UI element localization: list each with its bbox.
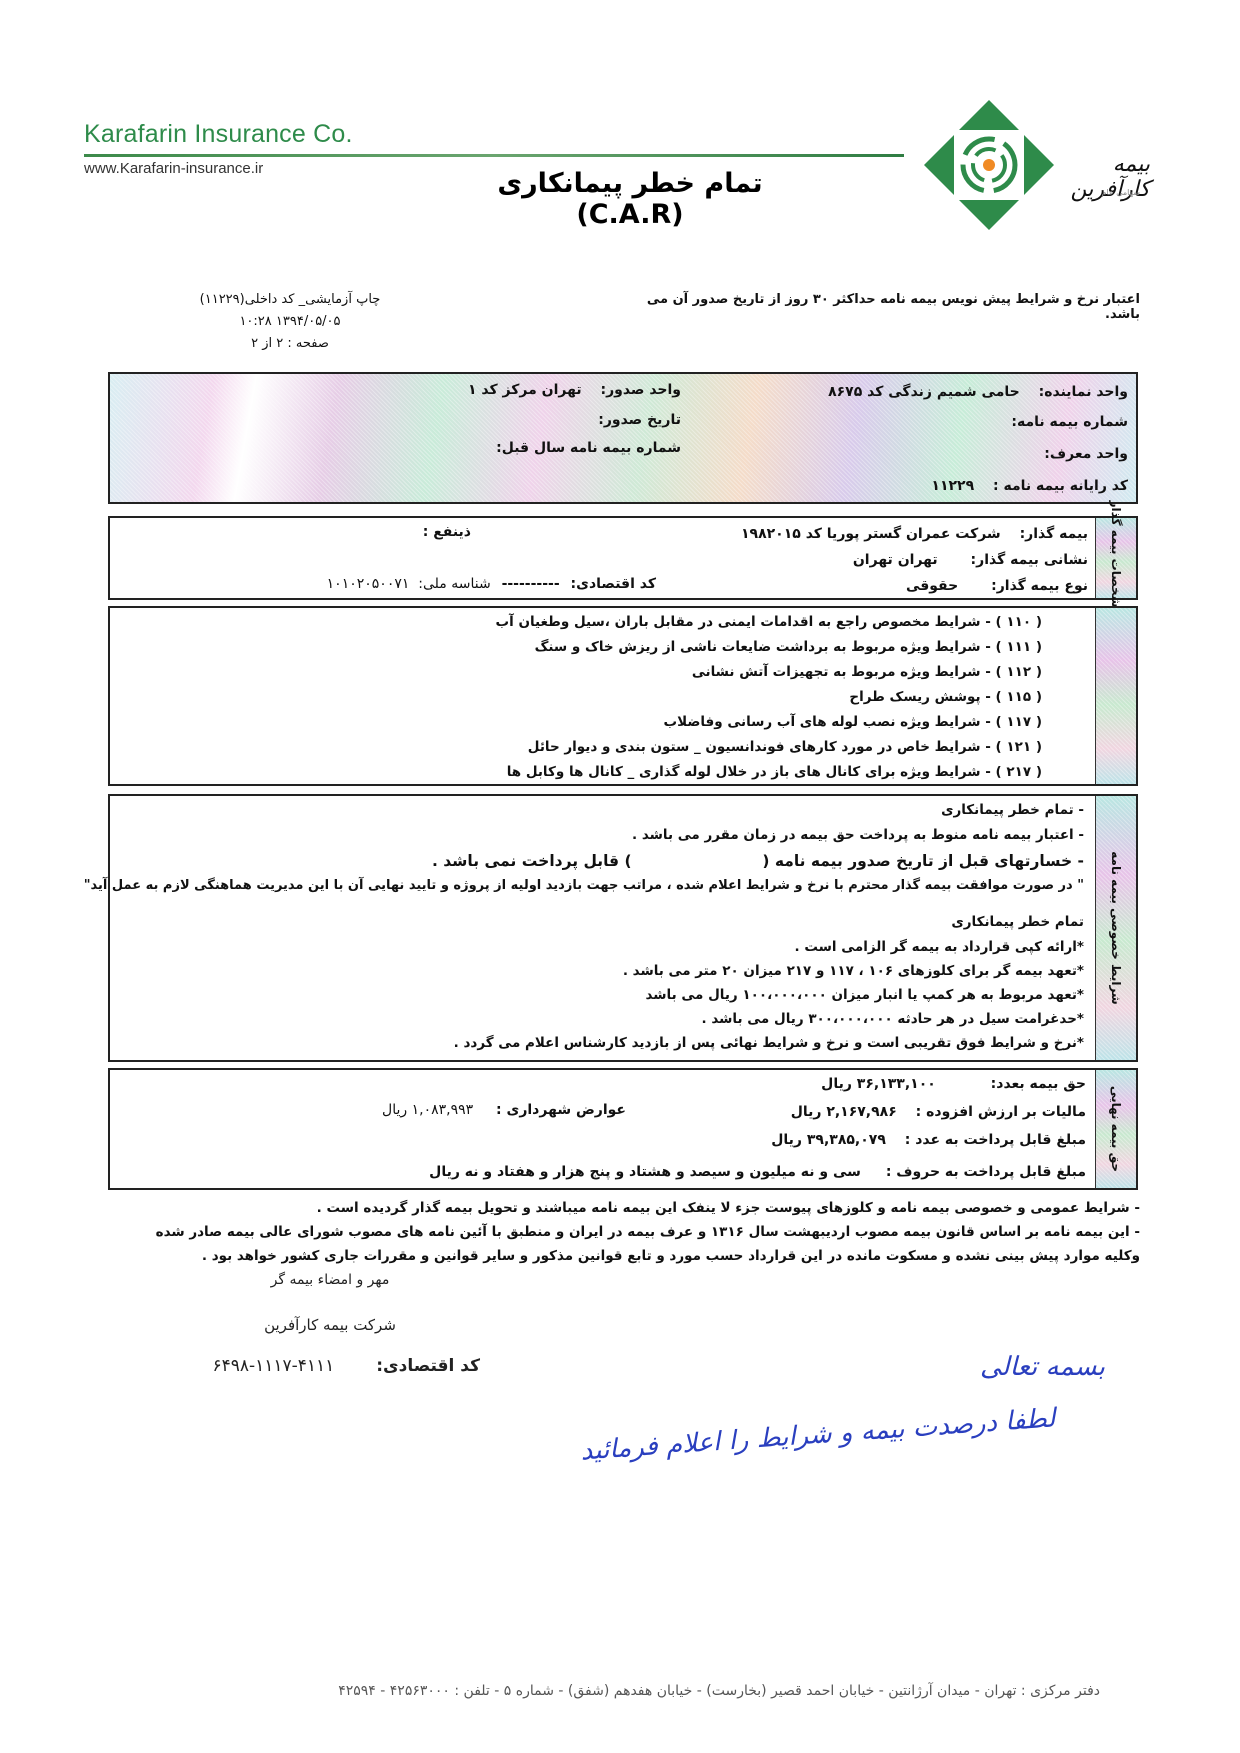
clause-item: ( ۱۱۷ ) - شرایط ویژه نصب لوله های آب رسا… xyxy=(664,714,1043,730)
economic-code-value: ---------- xyxy=(502,576,560,592)
condition-bullet: *تعهد مربوط به هر کمپ یا انبار میزان ۱۰۰… xyxy=(645,987,1084,1003)
net-premium-value: ۳۶,۱۳۳,۱۰۰ ریال xyxy=(821,1076,936,1092)
beneficiary-label: ذینفع : xyxy=(423,524,471,540)
company-website: www.Karafarin-insurance.ir xyxy=(84,160,263,177)
computer-code-label: کد رایانه بیمه نامه : xyxy=(993,478,1128,494)
net-premium-label: حق بیمه بعدد: xyxy=(991,1076,1086,1092)
insurer-economic-code: کد اقتصادی: ۴۱۱۱-۱۱۱۷-۶۴۹۸ xyxy=(180,1356,480,1376)
special-conditions-side-label: شرایط خصوصی بیمه نامه xyxy=(1109,914,1123,942)
clause-item: ( ۱۱۵ ) - پوشش ریسک طراح xyxy=(849,689,1042,705)
condition-line: - اعتبار بیمه نامه منوط به پرداخت حق بیم… xyxy=(632,827,1084,843)
clause-item: ( ۱۱۰ ) - شرایط مخصوص راجع به اقدامات ای… xyxy=(496,614,1042,630)
print-info-datetime: ۱۳۹۴/۰۵/۰۵ ۱۰:۲۸ xyxy=(170,311,410,333)
vat-value: ۲,۱۶۷,۹۸۶ ریال xyxy=(791,1104,897,1120)
issue-date-label: تاریخ صدور: xyxy=(598,412,681,428)
issuing-unit-value: تهران مرکز کد ۱ xyxy=(468,382,582,398)
clause-item: ( ۱۲۱ ) - شرایط خاص در مورد کارهای فوندا… xyxy=(528,739,1042,755)
print-info: چاپ آزمایشی_ کد داخلی(۱۱۲۲۹) ۱۳۹۴/۰۵/۰۵ … xyxy=(170,289,410,355)
pre-issue-loss-line: - خسارتهای قبل از تاریخ صدور بیمه نامه (… xyxy=(432,852,1084,870)
insured-side-band: مشخصات بیمه گذار xyxy=(1095,518,1136,598)
agent-unit-value: حامی شمیم زندگی کد ۸۶۷۵ xyxy=(828,384,1020,400)
condition-bullet: *ارائه کپی قرارداد به بیمه گر الزامی است… xyxy=(795,939,1084,955)
general-note: - شرایط عمومی و خصوصی بیمه نامه و کلوزها… xyxy=(150,1196,1140,1220)
payable-number-value: ۳۹,۳۸۵,۰۷۹ ریال xyxy=(771,1132,886,1148)
condition-subtitle: تمام خطر پیمانکاری xyxy=(951,914,1084,930)
pre-issue-loss-text-a: - خسارتهای قبل از تاریخ صدور بیمه نامه ( xyxy=(762,852,1084,870)
special-conditions-box: شرایط خصوصی بیمه نامه - تمام خطر پیمانکا… xyxy=(108,794,1138,1062)
condition-line: - تمام خطر پیمانکاری xyxy=(941,802,1084,818)
handwritten-request: لطفا درصدت بیمه و شرایط را اعلام فرمائید xyxy=(580,1403,1057,1466)
premium-box: حق بیمه نهایی حق بیمه بعدد: ۳۶,۱۳۳,۱۰۰ ر… xyxy=(108,1068,1138,1190)
net-premium-field: حق بیمه بعدد: ۳۶,۱۳۳,۱۰۰ ریال xyxy=(821,1076,1086,1092)
handwritten-greeting: بسمه تعالی xyxy=(980,1352,1105,1382)
insured-type-field: نوع بیمه گذار: حقوقی xyxy=(906,578,1088,594)
company-name-english: Karafarin Insurance Co. xyxy=(84,120,353,149)
document-title: تمام خطر پیمانکاری (C.A.R) xyxy=(440,168,820,230)
policy-number-label: شماره بیمه نامه: xyxy=(1011,414,1128,430)
payable-number-label: مبلغ قابل پرداخت به عدد : xyxy=(905,1132,1086,1148)
referrer-unit-label: واحد معرف: xyxy=(1044,446,1128,462)
policy-info-box: واحد نماینده: حامی شمیم زندگی کد ۸۶۷۵ وا… xyxy=(108,372,1138,504)
insurer-company-name: شرکت بیمه کارآفرین xyxy=(230,1316,430,1334)
clauses-box: ( ۱۱۰ ) - شرایط مخصوص راجع به اقدامات ای… xyxy=(108,606,1138,786)
agent-unit-field: واحد نماینده: حامی شمیم زندگی کد ۸۶۷۵ xyxy=(828,384,1128,400)
insurer-economic-code-label: کد اقتصادی: xyxy=(376,1356,480,1376)
issuing-unit-label: واحد صدور: xyxy=(600,382,681,398)
insured-field: بیمه گذار: شرکت عمران گستر پوریا کد ۱۹۸۲… xyxy=(741,526,1088,542)
condition-bullet: *تعهد بیمه گر برای کلوزهای ۱۰۶ ، ۱۱۷ و ۲… xyxy=(623,963,1084,979)
general-note: - این بیمه نامه بر اساس قانون بیمه مصوب … xyxy=(150,1220,1140,1268)
municipal-tax-label: عوارض شهرداری : xyxy=(496,1102,626,1118)
stamp-signature-label: مهر و امضاء بیمه گر xyxy=(230,1272,430,1288)
special-conditions-side-band: شرایط خصوصی بیمه نامه xyxy=(1095,796,1136,1060)
print-info-code: چاپ آزمایشی_ کد داخلی(۱۱۲۲۹) xyxy=(170,289,410,311)
payable-words-value: سی و نه میلیون و سیصد و هشتاد و پنج هزار… xyxy=(429,1164,861,1180)
validity-note: اعتبار نرخ و شرایط پیش نویس بیمه نامه حد… xyxy=(640,292,1140,322)
clauses-list: ( ۱۱۰ ) - شرایط مخصوص راجع به اقدامات ای… xyxy=(110,608,1096,784)
insured-address-label: نشانی بیمه گذار: xyxy=(971,552,1088,568)
municipal-tax-value: ۱,۰۸۳,۹۹۳ ریال xyxy=(382,1102,473,1118)
approval-note: " در صورت موافقت بیمه گذار محترم با نرخ … xyxy=(84,878,1084,893)
insured-type-label: نوع بیمه گذار: xyxy=(991,578,1088,594)
clause-item: ( ۲۱۷ ) - شرایط ویژه برای کانال های باز … xyxy=(507,764,1042,780)
insured-label: بیمه گذار: xyxy=(1020,526,1088,542)
municipal-tax-field: عوارض شهرداری : ۱,۰۸۳,۹۹۳ ریال xyxy=(382,1102,626,1118)
insured-address-value: تهران تهران xyxy=(853,552,938,568)
karafarin-logo-icon xyxy=(924,100,1054,230)
issuing-unit-field: واحد صدور: تهران مرکز کد ۱ xyxy=(468,382,681,398)
premium-side-band: حق بیمه نهایی xyxy=(1095,1070,1136,1188)
premium-side-label: حق بیمه نهایی xyxy=(1109,1115,1123,1143)
condition-bullet: *حدغرامت سیل در هر حادثه ۳۰۰،۰۰۰،۰۰۰ ریا… xyxy=(702,1011,1084,1027)
computer-code-value: ۱۱۲۲۹ xyxy=(931,478,974,494)
clause-item: ( ۱۱۱ ) - شرایط ویژه مربوط به برداشت ضای… xyxy=(535,639,1042,655)
insured-value: شرکت عمران گستر پوریا کد ۱۹۸۲۰۱۵ xyxy=(741,526,1001,542)
economic-national-id-field: کد اقتصادی: ---------- شناسه ملی: ۱۰۱۰۲۰… xyxy=(327,576,656,592)
insurer-economic-code-value: ۴۱۱۱-۱۱۱۷-۶۴۹۸ xyxy=(212,1356,334,1376)
national-id-value: ۱۰۱۰۲۰۵۰۰۷۱ xyxy=(327,576,410,592)
condition-bullet: *نرخ و شرایط فوق تقریبی است و نرخ و شرای… xyxy=(454,1035,1084,1051)
logo-subtext: سهامی عام xyxy=(1040,188,1140,197)
national-id-label: شناسه ملی: xyxy=(418,576,490,592)
agent-unit-label: واحد نماینده: xyxy=(1039,384,1128,400)
clauses-side-band xyxy=(1095,608,1136,784)
payable-amount-number-field: مبلغ قابل پرداخت به عدد : ۳۹,۳۸۵,۰۷۹ ریا… xyxy=(771,1132,1086,1148)
insured-side-label: مشخصات بیمه گذار xyxy=(1109,544,1123,572)
pre-issue-loss-text-b: ) قابل پرداخت نمی باشد . xyxy=(432,852,632,870)
insured-type-value: حقوقی xyxy=(906,578,958,594)
insured-info-box: مشخصات بیمه گذار بیمه گذار: شرکت عمران گ… xyxy=(108,516,1138,600)
footer-address: دفتر مرکزی : تهران - میدان آرژانتین - خی… xyxy=(140,1683,1100,1699)
vat-label: مالیات بر ارزش افزوده : xyxy=(916,1104,1086,1120)
economic-code-label: کد اقتصادی: xyxy=(571,576,656,592)
vat-field: مالیات بر ارزش افزوده : ۲,۱۶۷,۹۸۶ ریال xyxy=(791,1104,1086,1120)
computer-code-field: کد رایانه بیمه نامه : ۱۱۲۲۹ xyxy=(931,478,1128,494)
payable-words-label: مبلغ قابل پرداخت به حروف : xyxy=(886,1164,1086,1180)
clause-item: ( ۱۱۲ ) - شرایط ویژه مربوط به تجهیزات آت… xyxy=(692,664,1042,680)
payable-amount-words-field: مبلغ قابل پرداخت به حروف : سی و نه میلیو… xyxy=(429,1164,1086,1180)
prev-year-policy-label: شماره بیمه نامه سال قبل: xyxy=(496,440,681,456)
header-divider xyxy=(84,154,904,157)
general-notes: - شرایط عمومی و خصوصی بیمه نامه و کلوزها… xyxy=(150,1196,1140,1268)
print-info-page: صفحه : ۲ از ۲ xyxy=(170,333,410,355)
insured-address-field: نشانی بیمه گذار: تهران تهران xyxy=(853,552,1088,568)
